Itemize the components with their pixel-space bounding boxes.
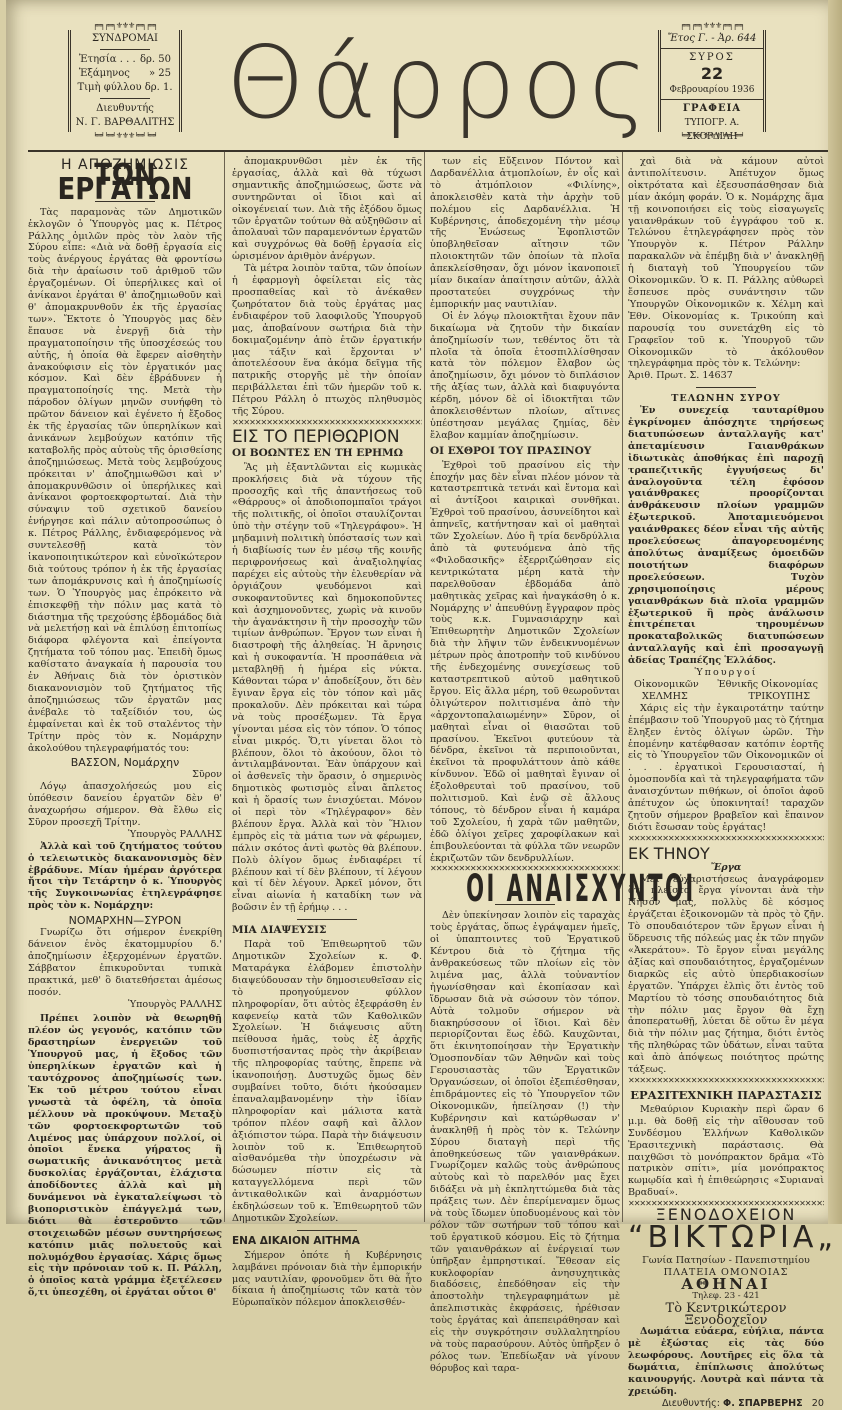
ornament-divider: ✕✕✕✕✕✕✕✕✕✕✕✕✕✕✕✕✕✕✕✕✕✕✕✕✕✕✕✕✕✕✕✕✕✕✕✕✕✕ bbox=[628, 1076, 824, 1086]
article-paragraph: Μετ' εὐχαριστήσεως ἀναγράφομεν ὅτι πλεῖσ… bbox=[628, 874, 824, 1076]
article-paragraph: χαὶ διὰ νὰ κάμουν αὐτοὶ ἀντιπολίτευσιν. … bbox=[628, 156, 824, 370]
telegram-body: Λόγῳ ἀπασχολήσεώς μου εἰς ὑπόθεσιν δανεί… bbox=[28, 781, 222, 829]
page-edge bbox=[828, 0, 842, 1224]
newspaper-title: Θάρρος bbox=[226, 28, 626, 138]
telegram-body: Ἐν συνεχείᾳ ταυταρίθμου ἐγκρίνομεν ἀπόσχ… bbox=[628, 405, 824, 667]
subheading: Ἔργα bbox=[628, 862, 824, 874]
telegram-signature: Ὑπουργὸς ΡΑΛΛΗΣ bbox=[28, 999, 222, 1011]
telegram-recipient: ΒΑΣΣΟΝ, Νομάρχην bbox=[28, 757, 222, 769]
article-paragraph: Ἂς μὴ ἐξαντλῶνται εἰς κωμικὰς προκλήσεις… bbox=[232, 462, 422, 914]
article-paragraph: Πρέπει λοιπὸν νὰ θεωρηθῇ πλέον ὡς γεγονό… bbox=[28, 1013, 222, 1224]
subscriptions-box: ╒═╕╒═╕⚜⚜⚜╒═╕╒═╕ ΣΥΝΔΡΟΜΑΙ Ἐτησία . . .δρ… bbox=[64, 22, 186, 140]
column-rule bbox=[224, 152, 225, 1222]
article-paragraph: Χάρις εἰς τὴν ἐγκαιροτάτην ταύτην ἐπέμβα… bbox=[628, 703, 824, 834]
ornament-divider: ✕✕✕✕✕✕✕✕✕✕✕✕✕✕✕✕✕✕✕✕✕✕✕✕✕✕✕✕✕✕✕✕✕✕✕✕✕✕ bbox=[628, 834, 824, 844]
ministers-label: Ὑπουργοί bbox=[628, 667, 824, 679]
article-paragraph: Ἀλλὰ καὶ τοῦ ζητήματος τούτου ὁ τελειωτι… bbox=[28, 841, 222, 912]
director-label: Διευθυντής bbox=[71, 102, 179, 116]
subheading: ΕΡΑΣΙΤΕΧΝΙΚΗ ΠΑΡΑΣΤΑΣΙΣ bbox=[628, 1090, 824, 1102]
hotel-advertisement: ΞΕΝΟΔΟΧΕΙΟΝ “ΒΙΚΤΩΡΙΑ„ Γωνία Πατησίων - … bbox=[628, 1209, 824, 1224]
subheading: ΜΙΑ ΔΙΑΨΕΥΣΙΣ bbox=[232, 925, 422, 937]
meander-ornament-icon: ╒═╕╒═╕⚜⚜⚜╒═╕╒═╕ bbox=[64, 22, 186, 30]
section-heading: ΕΚ ΤΗΝΟΥ bbox=[628, 848, 824, 860]
minister-name: ΧΕΛΜΗΣ bbox=[642, 691, 688, 703]
year-number: Ἔτος Γ. - Ἀρ. 644 bbox=[661, 32, 763, 46]
director-name: Ν. Γ. ΒΑΡΘΑΛΙΤΗΣ bbox=[71, 116, 179, 130]
masthead-rule bbox=[28, 150, 828, 152]
section-heading: ΕΙΣ ΤΟ ΠΕΡΙΘΩΡΙΟΝ bbox=[232, 432, 422, 444]
column-rule bbox=[424, 152, 425, 1222]
article-headline: ΤΩΝ ΕΡΓΑΤΩΝ bbox=[28, 170, 222, 197]
article-paragraph: Μεθαύριον Κυριακὴν περὶ ὥραν 6 μ.μ. θὰ δ… bbox=[628, 1104, 824, 1199]
newspaper-page: ╒═╕╒═╕⚜⚜⚜╒═╕╒═╕ ΣΥΝΔΡΟΜΑΙ Ἐτησία . . .δρ… bbox=[6, 0, 842, 1224]
column-2: ἀπομακρυνθῶσι μὲν ἐκ τῆς ἐργασίας, ἀλλὰ … bbox=[232, 156, 422, 1224]
telegram-body: Γνωρίζω ὅτι σήμερον ἐνεκρίθη δάνειον ἑνὸ… bbox=[28, 927, 222, 998]
place: ΣΥΡΟΣ bbox=[661, 51, 763, 65]
telegram-signature: Ὑπουργὸς ΡΑΛΛΗΣ bbox=[28, 829, 222, 841]
article-paragraph: Δὲν ὑπεκίνησαν λοιπὸν εἰς ταραχὰς τοὺς ἐ… bbox=[430, 910, 620, 1224]
article-paragraph: των εἰς Εὔξεινον Πόντον καὶ Δαρδανέλλια … bbox=[430, 156, 620, 311]
article-paragraph: Παρὰ τοῦ Ἐπιθεωρητοῦ τῶν Δημοτικῶν Σχολε… bbox=[232, 939, 422, 1224]
article-paragraph: Οἱ ἐν λόγῳ πλοιοκτῆται ἔχουν πᾶν δικαίωμ… bbox=[430, 311, 620, 442]
meander-ornament-icon: ╘═╛╘═╛⚜⚜⚜╘═╛╘═╛ bbox=[64, 132, 186, 140]
column-3: των εἰς Εὔξεινον Πόντον καὶ Δαρδανέλλια … bbox=[430, 156, 620, 1224]
article-paragraph: Τὰς παραμονὰς τῶν Δημοτικῶν ἐκλογῶν ὁ Ὑπ… bbox=[28, 207, 222, 755]
column-1: Η ΑΠΟΖΗΜΙΩΣΙΣ ΤΩΝ ΕΡΓΑΤΩΝ Τὰς παραμονὰς … bbox=[28, 156, 222, 1224]
subscriptions-heading: ΣΥΝΔΡΟΜΑΙ bbox=[71, 32, 179, 46]
column-4: χαὶ διὰ νὰ κάμουν αὐτοὶ ἀντιπολίτευσιν. … bbox=[628, 156, 824, 1224]
annual-label: Ἐτησία . . . bbox=[79, 53, 136, 67]
article-paragraph: ἀπομακρυνθῶσι μὲν ἐκ τῆς ἐργασίας, ἀλλὰ … bbox=[232, 156, 422, 263]
minister-title: Οἰκονομικῶν bbox=[634, 679, 699, 691]
semi-price: » 25 bbox=[149, 67, 171, 81]
telegram-place: Σῦρον bbox=[28, 769, 222, 781]
subheading: ΟΙ ΕΧΘΡΟΙ ΤΟΥ ΠΡΑΣΙΝΟΥ bbox=[430, 446, 620, 458]
article-headline: ΟΙ ΑΝΑΙΣΧΥΝΤΟΙ bbox=[466, 884, 584, 897]
offices-label: ΓΡΑΦΕΙΑ bbox=[661, 102, 763, 116]
article-paragraph: Ἐχθροὶ τοῦ πρασίνου εἰς τὴν ἐποχήν μας δ… bbox=[430, 460, 620, 865]
single-issue-price: Τιμὴ φύλλου δρ. 1. bbox=[71, 81, 179, 95]
protocol-number: Ἀριθ. Πρωτ. Σ. 14637 bbox=[628, 370, 824, 382]
issue-day: 22 bbox=[661, 65, 763, 83]
subheading: ΟΙ ΒΟΩΝΤΕΣ ΕΝ ΤΗ ΕΡΗΜΩ bbox=[232, 448, 422, 460]
minister-name: ΤΡΙΚΟΥΠΗΣ bbox=[748, 691, 810, 703]
meander-ornament-icon: ╒═╕╒═╕⚜⚜⚜╒═╕╒═╕ bbox=[654, 22, 770, 30]
semi-label: Ἑξάμηνος bbox=[79, 67, 130, 81]
issue-info-box: ╒═╕╒═╕⚜⚜⚜╒═╕╒═╕ Ἔτος Γ. - Ἀρ. 644 ΣΥΡΟΣ … bbox=[654, 22, 770, 140]
annual-price: δρ. 50 bbox=[140, 53, 171, 67]
telegram-recipient: ΤΕΛΩΝΗΝ ΣΥΡΟΥ bbox=[628, 393, 824, 405]
column-rule bbox=[622, 152, 623, 1222]
meander-ornament-icon: ╘═╛╘═╛⚜⚜⚜╘═╛╘═╛ bbox=[654, 132, 770, 140]
minister-title: Ἐθνικῆς Οἰκονομίας bbox=[717, 679, 818, 691]
telegram-recipient: ΝΟΜΑΡΧΗΝ—ΣΥΡΟΝ bbox=[28, 915, 222, 927]
article-paragraph: Τὰ μέτρα λοιπὸν ταῦτα, τῶν ὁποίων ἡ ἐφαρ… bbox=[232, 263, 422, 418]
issue-month-year: Φεβρουαρίου 1936 bbox=[661, 83, 763, 97]
